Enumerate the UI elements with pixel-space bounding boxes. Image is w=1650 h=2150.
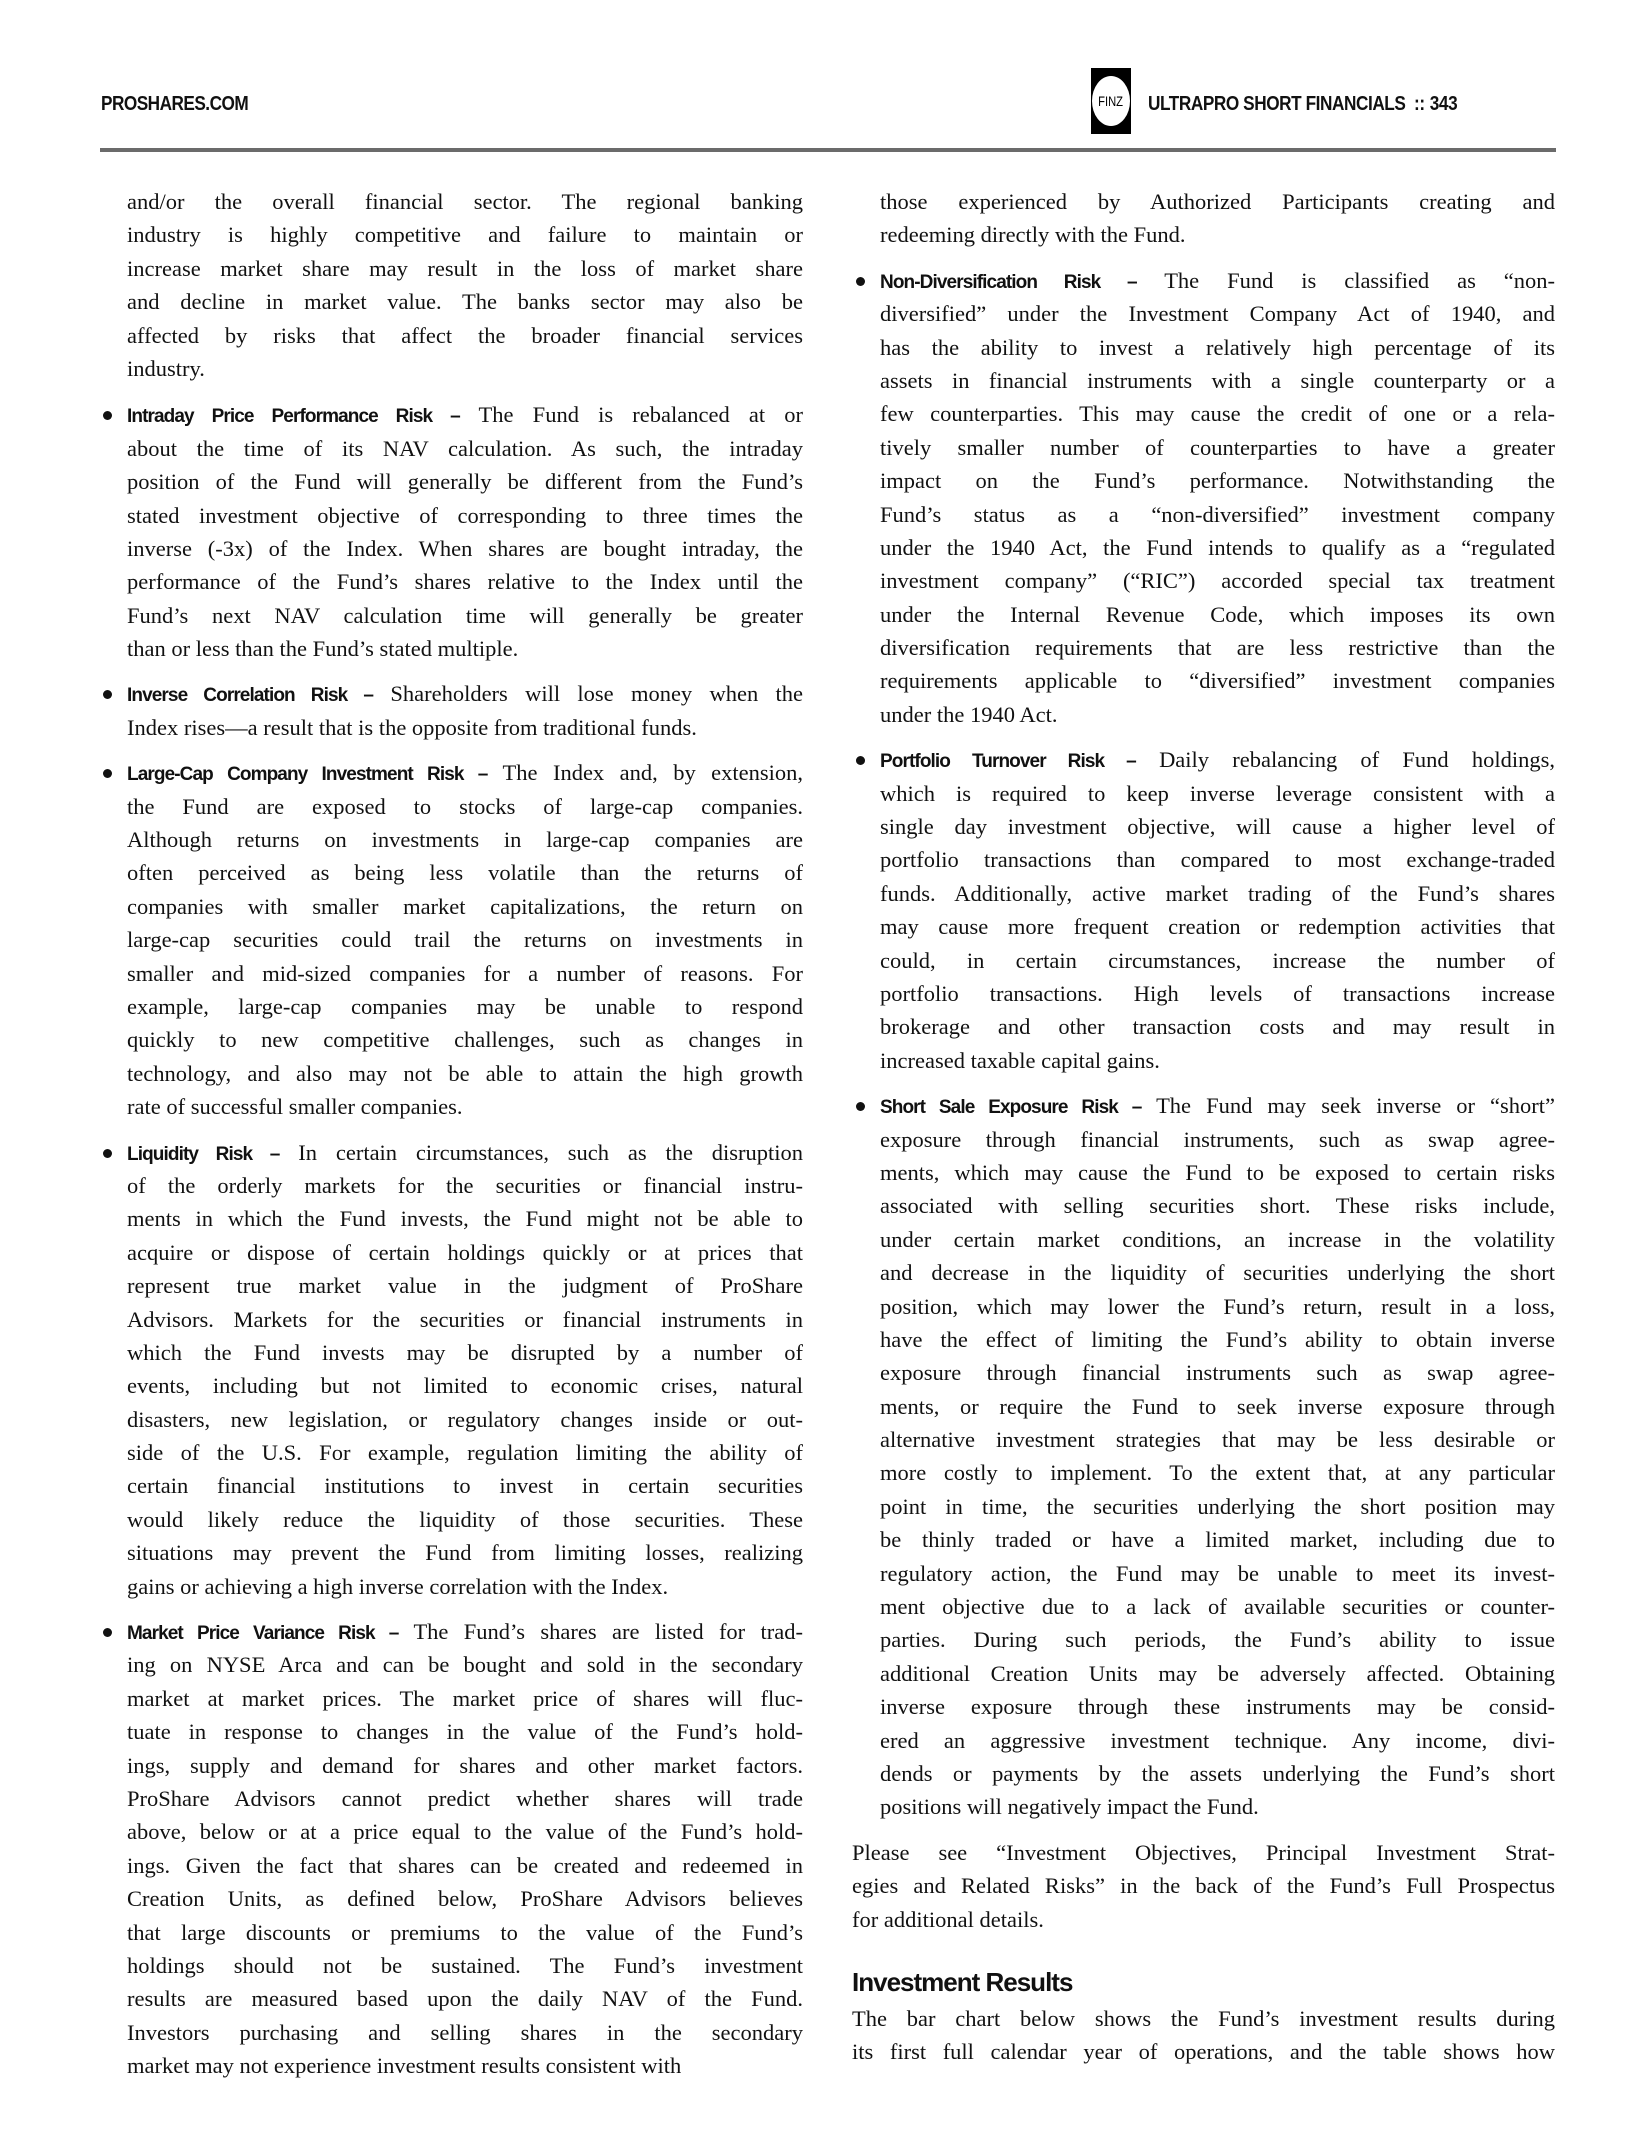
risk-bullet: Short Sale Exposure Risk – The Fund may …	[880, 1089, 1555, 1824]
text-line: that large discounts or premiums to the …	[127, 1916, 803, 1949]
bullet-icon	[856, 1102, 865, 1111]
risk-bullet: Liquidity Risk – In certain circumstance…	[127, 1136, 803, 1603]
text-line: performance of the Fund’s shares relativ…	[127, 565, 803, 598]
text-line: exposure through financial instruments s…	[880, 1356, 1555, 1389]
risk-term: Non-Diversification Risk –	[880, 272, 1137, 293]
header-rule	[100, 148, 1556, 152]
text-line: and decrease in the liquidity of securit…	[880, 1256, 1555, 1289]
text-line: have the effect of limiting the Fund’s a…	[880, 1323, 1555, 1356]
risk-text: In certain circumstances, such as the di…	[298, 1140, 803, 1165]
text-line: its first full calendar year of operatio…	[852, 2035, 1555, 2068]
text-line: tuate in response to changes in the valu…	[127, 1715, 803, 1748]
risk-term: Market Price Variance Risk –	[127, 1623, 398, 1644]
text-line: Fund’s next NAV calculation time will ge…	[127, 599, 803, 632]
see-also-paragraph: Please see “Investment Objectives, Princ…	[852, 1836, 1555, 1936]
bullet-first-line: Short Sale Exposure Risk – The Fund may …	[880, 1089, 1555, 1122]
text-line: of the orderly markets for the securitie…	[127, 1169, 803, 1202]
text-line: redeeming directly with the Fund.	[880, 218, 1555, 251]
risk-term: Inverse Correlation Risk –	[127, 685, 373, 706]
risk-term: Short Sale Exposure Risk –	[880, 1097, 1141, 1118]
bullet-icon	[103, 690, 112, 699]
bullet-first-line: Portfolio Turnover Risk – Daily rebalanc…	[880, 743, 1555, 776]
header-separator: ::	[1414, 93, 1425, 115]
site-name: PROSHARES.COM	[101, 93, 248, 116]
text-line: position of the Fund will generally be d…	[127, 465, 803, 498]
fund-name: ULTRAPRO SHORT FINANCIALS	[1148, 93, 1405, 115]
risk-text: Daily rebalancing of Fund holdings,	[1159, 747, 1555, 772]
text-line: the Fund are exposed to stocks of large-…	[127, 790, 803, 823]
risk-text: The Fund is classified as “non-	[1164, 268, 1555, 293]
text-line: ments, or require the Fund to seek inver…	[880, 1390, 1555, 1423]
text-line: egies and Related Risks” in the back of …	[852, 1869, 1555, 1902]
risk-term: Liquidity Risk –	[127, 1144, 279, 1165]
text-line: and decline in market value. The banks s…	[127, 285, 803, 318]
text-line: single day investment objective, will ca…	[880, 810, 1555, 843]
risk-text: Shareholders will lose money when the	[390, 681, 803, 706]
text-line: diversified” under the Investment Compan…	[880, 297, 1555, 330]
running-header: ULTRAPRO SHORT FINANCIALS::343	[1148, 93, 1457, 116]
risk-bullet: Non-Diversification Risk – The Fund is c…	[880, 264, 1555, 731]
text-line: represent true market value in the judgm…	[127, 1269, 803, 1302]
text-line: alternative investment strategies that m…	[880, 1423, 1555, 1456]
bullet-icon	[103, 1149, 112, 1158]
text-line: ings, supply and demand for shares and o…	[127, 1749, 803, 1782]
text-line: additional Creation Units may be adverse…	[880, 1657, 1555, 1690]
risk-text: The Fund is rebalanced at or	[479, 402, 803, 427]
text-line: disasters, new legislation, or regulator…	[127, 1403, 803, 1436]
text-line: diversification requirements that are le…	[880, 631, 1555, 664]
text-line: market at market prices. The market pric…	[127, 1682, 803, 1715]
bullet-icon	[856, 756, 865, 765]
bullet-first-line: Large-Cap Company Investment Risk – The …	[127, 756, 803, 789]
text-line: stated investment objective of correspon…	[127, 499, 803, 532]
text-line: large-cap securities could trail the ret…	[127, 923, 803, 956]
text-line: funds. Additionally, active market tradi…	[880, 877, 1555, 910]
text-line: ment objective due to a lack of availabl…	[880, 1590, 1555, 1623]
text-line: assets in financial instruments with a s…	[880, 364, 1555, 397]
text-line: could, in certain circumstances, increas…	[880, 944, 1555, 977]
text-line: under the 1940 Act.	[880, 698, 1555, 731]
text-line: portfolio transactions. High levels of t…	[880, 977, 1555, 1010]
text-line: ings. Given the fact that shares can be …	[127, 1849, 803, 1882]
text-line: associated with selling securities short…	[880, 1189, 1555, 1222]
text-line: above, below or at a price equal to the …	[127, 1815, 803, 1848]
text-line: Advisors. Markets for the securities or …	[127, 1303, 803, 1336]
fund-ticker-logo: FINZ	[1091, 68, 1131, 134]
text-line: would likely reduce the liquidity of tho…	[127, 1503, 803, 1536]
text-line: Creation Units, as defined below, ProSha…	[127, 1882, 803, 1915]
text-line: may cause more frequent creation or rede…	[880, 910, 1555, 943]
logo-text: FINZ	[1099, 93, 1124, 109]
text-line: Fund’s status as a “non-diversified” inv…	[880, 498, 1555, 531]
bullet-first-line: Intraday Price Performance Risk – The Fu…	[127, 398, 803, 431]
text-line: certain financial institutions to invest…	[127, 1469, 803, 1502]
text-line: side of the U.S. For example, regulation…	[127, 1436, 803, 1469]
text-line: regulatory action, the Fund may be unabl…	[880, 1557, 1555, 1590]
risk-bullet: Large-Cap Company Investment Risk – The …	[127, 756, 803, 1123]
text-line: affected by risks that affect the broade…	[127, 319, 803, 352]
text-line: results are measured based upon the dail…	[127, 1982, 803, 2015]
text-line: increased taxable capital gains.	[880, 1044, 1555, 1077]
bullet-icon	[856, 277, 865, 286]
bullet-first-line: Inverse Correlation Risk – Shareholders …	[127, 677, 803, 710]
text-line: tively smaller number of counterparties …	[880, 431, 1555, 464]
right-column: those experienced by Authorized Particip…	[880, 185, 1555, 2069]
text-line: The bar chart below shows the Fund’s inv…	[852, 2002, 1555, 2035]
text-line: than or less than the Fund’s stated mult…	[127, 632, 803, 665]
risk-bullet: Inverse Correlation Risk – Shareholders …	[127, 677, 803, 744]
bullet-icon	[103, 1628, 112, 1637]
text-line: impact on the Fund’s performance. Notwit…	[880, 464, 1555, 497]
text-line: ing on NYSE Arca and can be bought and s…	[127, 1648, 803, 1681]
bullet-first-line: Non-Diversification Risk – The Fund is c…	[880, 264, 1555, 297]
text-line: industry is highly competitive and failu…	[127, 218, 803, 251]
text-line: position, which may lower the Fund’s ret…	[880, 1290, 1555, 1323]
text-line: under certain market conditions, an incr…	[880, 1223, 1555, 1256]
text-line: Although returns on investments in large…	[127, 823, 803, 856]
text-line: inverse (-3x) of the Index. When shares …	[127, 532, 803, 565]
risk-text: The Index and, by extension,	[503, 760, 803, 785]
text-line: portfolio transactions than compared to …	[880, 843, 1555, 876]
text-line: dends or payments by the assets underlyi…	[880, 1757, 1555, 1790]
text-line: which the Fund invests may be disrupted …	[127, 1336, 803, 1369]
text-line: example, large-cap companies may be unab…	[127, 990, 803, 1023]
text-line: ments, which may cause the Fund to be ex…	[880, 1156, 1555, 1189]
text-line: ments in which the Fund invests, the Fun…	[127, 1202, 803, 1235]
continuation-paragraph: those experienced by Authorized Particip…	[880, 185, 1555, 252]
risk-term: Intraday Price Performance Risk –	[127, 406, 460, 427]
text-line: inverse exposure through these instrumen…	[880, 1690, 1555, 1723]
bullet-first-line: Market Price Variance Risk – The Fund’s …	[127, 1615, 803, 1648]
text-line: under the Internal Revenue Code, which i…	[880, 598, 1555, 631]
text-line: rate of successful smaller companies.	[127, 1090, 803, 1123]
text-line: technology, and also may not be able to …	[127, 1057, 803, 1090]
text-line: Please see “Investment Objectives, Princ…	[852, 1836, 1555, 1869]
text-line: point in time, the securities underlying…	[880, 1490, 1555, 1523]
text-line: often perceived as being less volatile t…	[127, 856, 803, 889]
text-line: acquire or dispose of certain holdings q…	[127, 1236, 803, 1269]
text-line: for additional details.	[852, 1903, 1555, 1936]
text-line: market may not experience investment res…	[127, 2049, 803, 2082]
risk-bullet: Intraday Price Performance Risk – The Fu…	[127, 398, 803, 665]
text-line: industry.	[127, 352, 803, 385]
page-number: 343	[1430, 93, 1457, 115]
text-line: increase market share may result in the …	[127, 252, 803, 285]
left-column: and/or the overall financial sector. The…	[127, 185, 803, 2082]
text-line: gains or achieving a high inverse correl…	[127, 1570, 803, 1603]
text-line: those experienced by Authorized Particip…	[880, 185, 1555, 218]
text-line: more costly to implement. To the extent …	[880, 1456, 1555, 1489]
text-line: which is required to keep inverse levera…	[880, 777, 1555, 810]
risk-text: The Fund’s shares are listed for trad-	[413, 1619, 803, 1644]
risk-term: Portfolio Turnover Risk –	[880, 751, 1136, 772]
section-heading: Investment Results	[852, 1962, 1555, 2002]
intro-paragraph: and/or the overall financial sector. The…	[127, 185, 803, 385]
risk-bullet: Market Price Variance Risk – The Fund’s …	[127, 1615, 803, 2082]
text-line: exposure through financial instruments, …	[880, 1123, 1555, 1156]
text-line: Investors purchasing and selling shares …	[127, 2016, 803, 2049]
text-line: positions will negatively impact the Fun…	[880, 1790, 1555, 1823]
bullet-first-line: Liquidity Risk – In certain circumstance…	[127, 1136, 803, 1169]
risk-text: The Fund may seek inverse or “short”	[1156, 1093, 1555, 1118]
risk-bullet: Portfolio Turnover Risk – Daily rebalanc…	[880, 743, 1555, 1077]
bullet-icon	[103, 411, 112, 420]
text-line: parties. During such periods, the Fund’s…	[880, 1623, 1555, 1656]
text-line: and/or the overall financial sector. The…	[127, 185, 803, 218]
text-line: brokerage and other transaction costs an…	[880, 1010, 1555, 1043]
text-line: few counterparties. This may cause the c…	[880, 397, 1555, 430]
text-line: Index rises—a result that is the opposit…	[127, 711, 803, 744]
text-line: ProShare Advisors cannot predict whether…	[127, 1782, 803, 1815]
text-line: quickly to new competitive challenges, s…	[127, 1023, 803, 1056]
text-line: has the ability to invest a relatively h…	[880, 331, 1555, 364]
text-line: situations may prevent the Fund from lim…	[127, 1536, 803, 1569]
text-line: about the time of its NAV calculation. A…	[127, 432, 803, 465]
bullet-icon	[103, 769, 112, 778]
text-line: investment company” (“RIC”) accorded spe…	[880, 564, 1555, 597]
text-line: events, including but not limited to eco…	[127, 1369, 803, 1402]
investment-results-section: Investment ResultsThe bar chart below sh…	[852, 1962, 1555, 2069]
text-line: be thinly traded or have a limited marke…	[880, 1523, 1555, 1556]
text-line: companies with smaller market capitaliza…	[127, 890, 803, 923]
risk-term: Large-Cap Company Investment Risk –	[127, 764, 487, 785]
text-line: under the 1940 Act, the Fund intends to …	[880, 531, 1555, 564]
text-line: smaller and mid-sized companies for a nu…	[127, 957, 803, 990]
text-line: requirements applicable to “diversified”…	[880, 664, 1555, 697]
text-line: ered an aggressive investment technique.…	[880, 1724, 1555, 1757]
text-line: holdings should not be sustained. The Fu…	[127, 1949, 803, 1982]
